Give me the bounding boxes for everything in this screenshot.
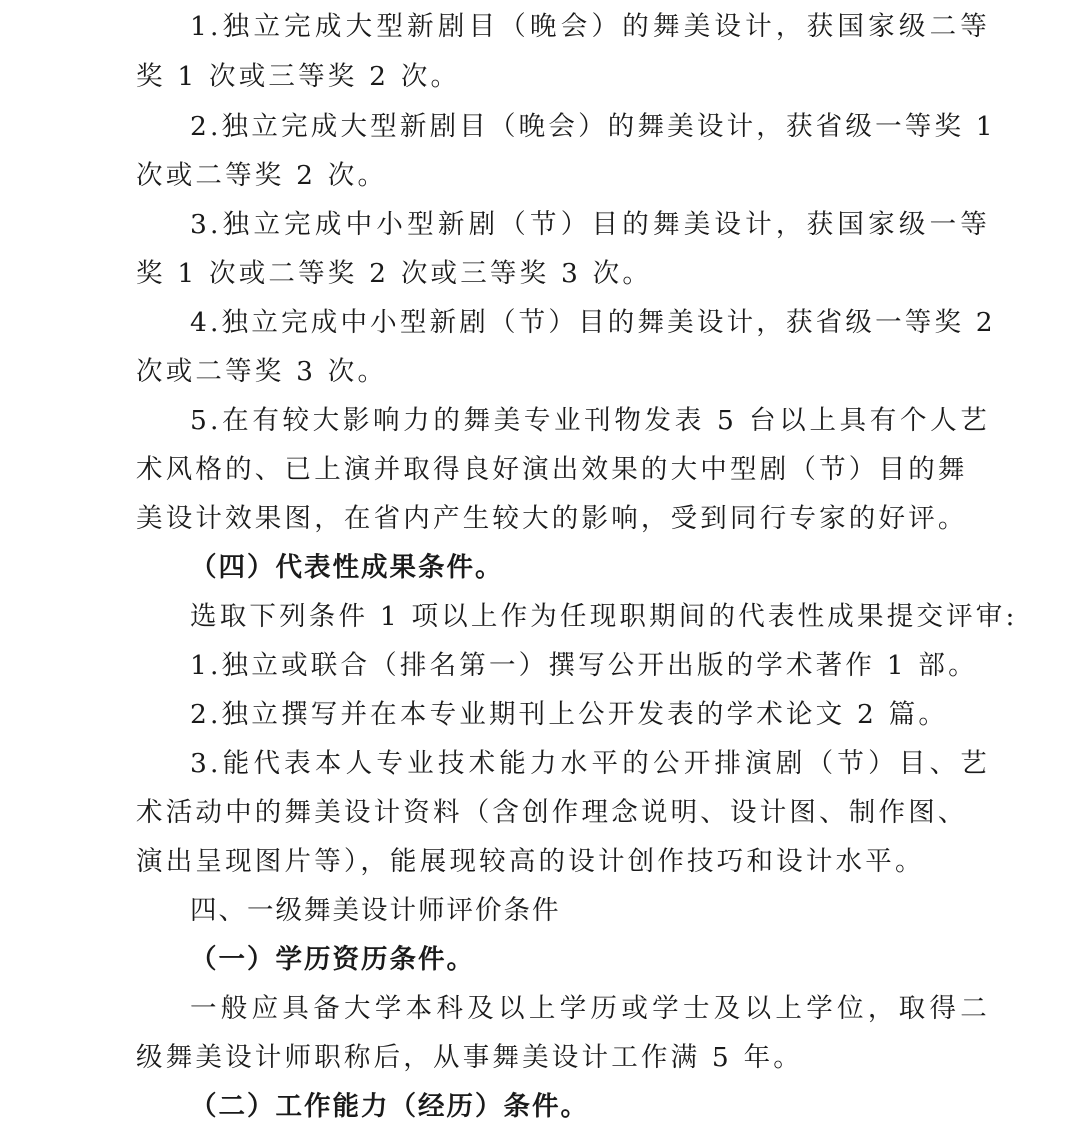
text-line: 1.独立完成大型新剧目（晚会）的舞美设计，获国家级二等: [190, 10, 990, 44]
text-line: 4.独立完成中小型新剧（节）目的舞美设计，获省级一等奖 2: [190, 306, 990, 340]
text-line: 选取下列条件 1 项以上作为任现职期间的代表性成果提交评审:: [190, 600, 990, 634]
section-heading: （二）工作能力（经历）条件。: [190, 1090, 990, 1124]
text-line: 术活动中的舞美设计资料（含创作理念说明、设计图、制作图、: [136, 796, 936, 830]
text-line: 次或二等奖 2 次。: [136, 159, 936, 193]
text-line: 3.能代表本人专业技术能力水平的公开排演剧（节）目、艺: [190, 747, 990, 781]
section-heading: （四）代表性成果条件。: [190, 551, 990, 585]
text-line: 一般应具备大学本科及以上学历或学士及以上学位，取得二: [190, 992, 990, 1026]
text-line: 3.独立完成中小型新剧（节）目的舞美设计，获国家级一等: [190, 208, 990, 242]
text-line: 5.在有较大影响力的舞美专业刊物发表 5 台以上具有个人艺: [190, 404, 990, 438]
text-line: 次或二等奖 3 次。: [136, 355, 936, 389]
text-line: 1.独立或联合（排名第一）撰写公开出版的学术著作 1 部。: [190, 649, 990, 683]
text-line: 奖 1 次或二等奖 2 次或三等奖 3 次。: [136, 257, 936, 291]
text-line: 2.独立完成大型新剧目（晚会）的舞美设计，获省级一等奖 1: [190, 110, 990, 144]
chapter-heading: 四、一级舞美设计师评价条件: [190, 894, 990, 928]
text-line: 奖 1 次或三等奖 2 次。: [136, 60, 936, 94]
text-line: 级舞美设计师职称后，从事舞美设计工作满 5 年。: [136, 1041, 936, 1075]
section-heading: （一）学历资历条件。: [190, 943, 990, 977]
document-page: 1.独立完成大型新剧目（晚会）的舞美设计，获国家级二等 奖 1 次或三等奖 2 …: [0, 0, 1080, 1126]
text-line: 美设计效果图，在省内产生较大的影响，受到同行专家的好评。: [136, 502, 936, 536]
text-line: 术风格的、已上演并取得良好演出效果的大中型剧（节）目的舞: [136, 453, 936, 487]
text-line: 2.独立撰写并在本专业期刊上公开发表的学术论文 2 篇。: [190, 698, 990, 732]
text-line: 演出呈现图片等），能展现较高的设计创作技巧和设计水平。: [136, 845, 936, 879]
